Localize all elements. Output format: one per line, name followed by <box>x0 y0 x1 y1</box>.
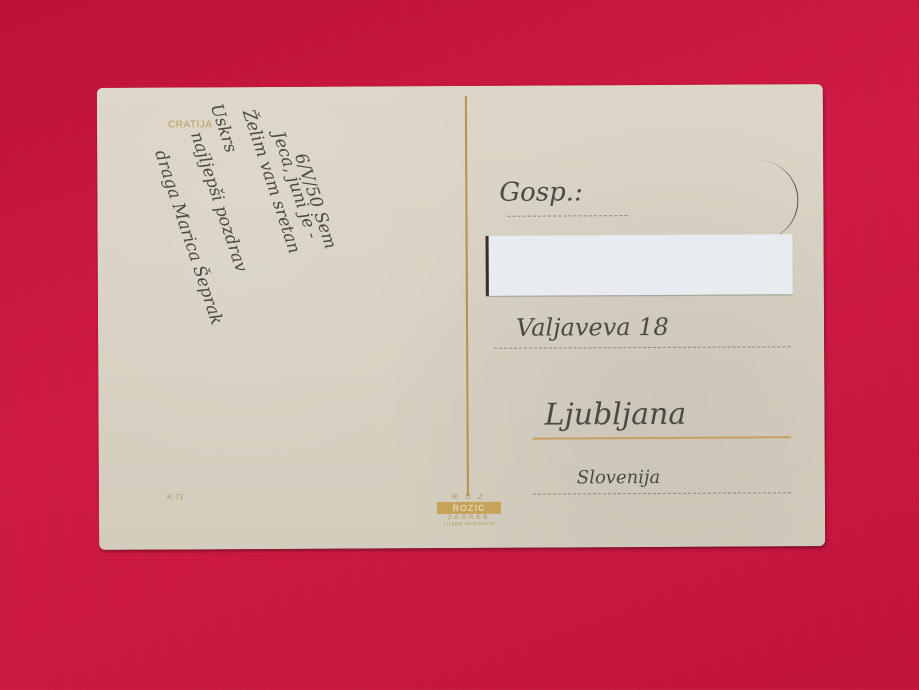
printed-card-code: K-71 <box>167 492 184 501</box>
center-divider-line <box>465 96 469 496</box>
publisher-logo: R U Z ROZIC ZAGREB Lijepa domovina <box>433 494 505 527</box>
postmark-arc <box>737 160 798 240</box>
publisher-subtitle: Lijepa domovina <box>433 521 505 527</box>
address-line <box>494 346 790 349</box>
publisher-top: R U Z <box>433 494 505 501</box>
address-city: Ljubljana <box>544 397 686 433</box>
address-line <box>507 215 627 217</box>
address-line <box>533 492 791 494</box>
address-street: Valjaveva 18 <box>516 313 669 342</box>
redaction-label-patch <box>486 234 793 296</box>
address-line-gold <box>533 436 791 439</box>
publisher-name: ROZIC <box>437 502 501 514</box>
address-salutation: Gosp.: <box>499 177 583 207</box>
postcard-back: CRATIJA 6/V/50 Sem Jeca, juni je - Želim… <box>97 84 825 550</box>
address-country: Slovenija <box>577 467 661 488</box>
printed-country-label: CRATIJA <box>168 119 212 130</box>
